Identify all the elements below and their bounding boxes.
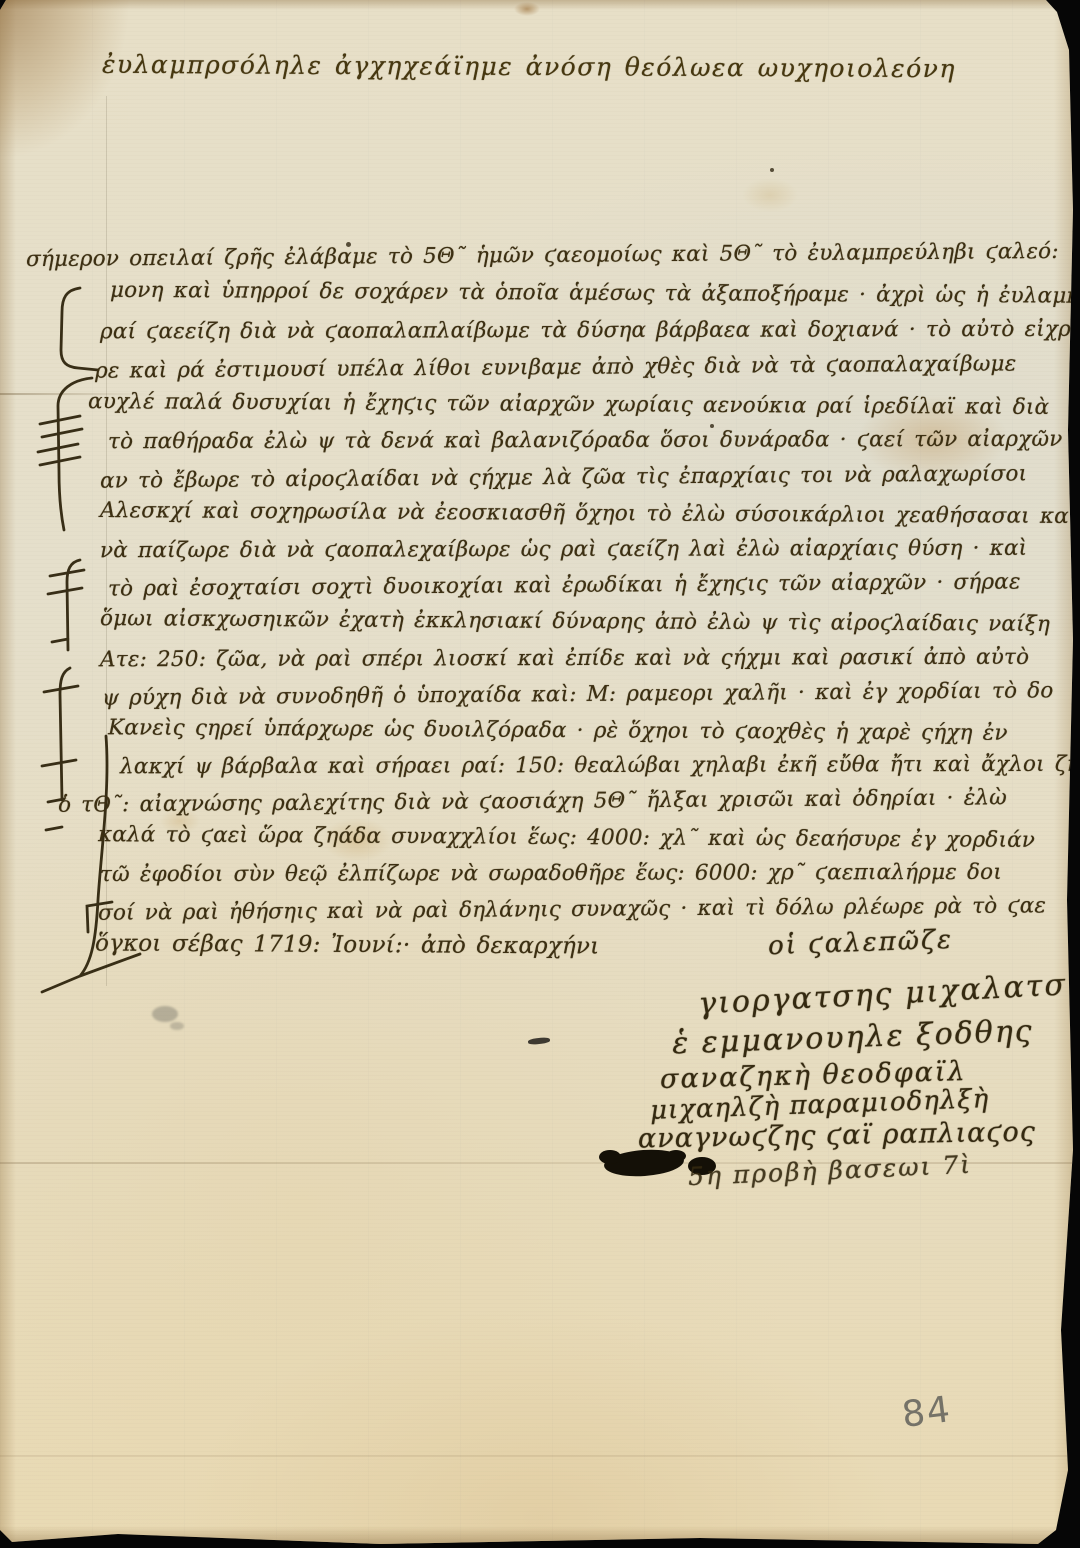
manuscript-line: λακχί ψ βάρβαλα καὶ σήραει ραί: 150: θεα… bbox=[120, 752, 1080, 780]
manuscript-line: σοί νὰ ραὶ ἠθήσηις καὶ νὰ ραὶ δηλάνηις σ… bbox=[98, 893, 1046, 925]
letter-heading: ἐυλαμπρσόληλε ἀγχηχεάϊημε ἀνόση θεόλωεα … bbox=[102, 50, 956, 83]
manuscript-line: Κανεὶς ςηρεί ὑπάρχωρε ὡς δυοιλζόραδα · ρ… bbox=[108, 715, 1008, 745]
fold-crease bbox=[0, 1455, 1080, 1457]
margin-bracket bbox=[61, 288, 98, 370]
manuscript-line: ρε καὶ ρά ἐστιμουσί υπέλα λίθοι ευνιβαμε… bbox=[95, 351, 1017, 383]
water-stain bbox=[742, 178, 798, 212]
manuscript-line: ψ ρύχη διὰ νὰ συνοδηθῆ ὁ ὑποχαίδα καὶ: Μ… bbox=[102, 678, 1054, 710]
ink-smudge bbox=[528, 1037, 551, 1045]
manuscript-line: Αλεσκχί καὶ σοχηρωσίλα νὰ ἐεοσκιασθῆ ὅχη… bbox=[100, 498, 1078, 529]
manuscript-line: μονη καὶ ὑπηρροί δε σοχάρεν τὰ ὁποῖα ἁμέ… bbox=[110, 278, 1080, 309]
margin-line bbox=[58, 378, 92, 530]
signature: 5η προβὴ βασεωι 7ὶ bbox=[688, 1150, 973, 1191]
manuscript-line: ραί ϛαεείζη διὰ νὰ ϛαοπαλαπλαίβωμε τὰ δύ… bbox=[100, 317, 1080, 345]
paper-edge-top bbox=[0, 0, 1080, 10]
paper-edge-left bbox=[0, 0, 16, 1548]
manuscript-line: αυχλέ παλά δυσυχίαι ἡ ἔχηϛις τῶν αἰαρχῶν… bbox=[88, 389, 1049, 420]
archival-page-number-pencil: 84 bbox=[900, 1389, 954, 1436]
margin-cross-hatches bbox=[38, 416, 82, 465]
margin-tally-marks bbox=[48, 560, 84, 650]
ink-smudge bbox=[170, 1022, 184, 1030]
ink-smudge bbox=[152, 1006, 178, 1022]
manuscript-line: τῶ ἐφοδίοι σὺν θεῷ ἐλπίζωρε νὰ σωραδοθῆρ… bbox=[100, 860, 1002, 887]
manuscript-line: τὸ ραὶ ἐσοχταίσι σοχτὶ δυοικοχίαι καὶ ἐρ… bbox=[108, 569, 1021, 601]
signature: ἑ εμμανουηλε ξοδθης bbox=[671, 1014, 1034, 1062]
manuscript-line: νὰ παίζωρε διὰ νὰ ϛαοπαλεχαίβωρε ὡς ραὶ … bbox=[100, 536, 1027, 563]
ink-speck bbox=[770, 168, 774, 172]
manuscript-line: Ατε: 250: ζῶα, νὰ ραὶ σπέρι λιοσκί καὶ ἐ… bbox=[100, 645, 1029, 672]
signature-intro: οἱ ϛαλεπῶζε bbox=[768, 925, 954, 961]
paper-sheet: ἐυλαμπρσόληλε ἀγχηχεάϊημε ἀνόση θεόλωεα … bbox=[0, 0, 1080, 1548]
signature: αναγνωϛζης ϛαϊ ραπλιαϛος bbox=[638, 1117, 1036, 1155]
manuscript-line: τὸ παθήραδα ἐλὼ ψ τὰ δενά καὶ βαλανιζόρα… bbox=[108, 427, 1063, 454]
browned-corner bbox=[0, 0, 160, 200]
manuscript-line: ὅμωι αἰσκχωσηικῶν ἐχατὴ ἐκκλησιακί δύναρ… bbox=[100, 606, 1050, 637]
scanned-manuscript: ἐυλαμπρσόληλε ἀγχηχεάϊημε ἀνόση θεόλωεα … bbox=[0, 0, 1080, 1548]
manuscript-line: σήμερον οπειλαί ζρῆς ἐλάβαμε τὸ 5Θ῀ ἡμῶν… bbox=[26, 239, 1059, 272]
manuscript-line: καλά τὸ ϛαεὶ ὥρα ζηάδα συναχχλίοι ἕως: 4… bbox=[98, 822, 1035, 853]
manuscript-dateline: ὅγκοι σέβας 1719: Ἰουνί:· ἀπὸ δεκαρχήνι bbox=[95, 930, 599, 959]
paper-edge-bottom bbox=[0, 1526, 1080, 1548]
manuscript-line: αν τὸ ἔβωρε τὸ αἰροϛλαίδαι νὰ ςήχμε λὰ ζ… bbox=[100, 461, 1027, 493]
edge-stain bbox=[514, 2, 540, 16]
manuscript-line: ὁ τΘ῀: αἰαχνώσης ραλεχίτης διὰ νὰ ϛαοσιά… bbox=[58, 785, 1007, 817]
